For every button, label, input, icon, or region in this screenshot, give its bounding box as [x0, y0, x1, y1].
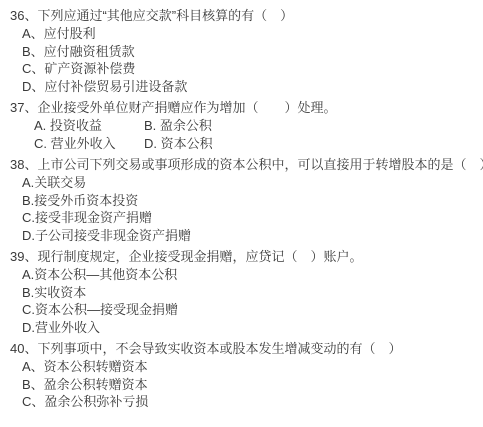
question-block-40: 40、下列事项中，不会导致实收资本或股本发生增减变动的有（ ） A、资本公积转赠… [10, 339, 479, 411]
question-40-options: A、资本公积转赠资本 B、盈余公积转赠资本 C、盈余公积弥补亏损 [10, 358, 479, 411]
question-40-option-a: A、资本公积转赠资本 [22, 358, 479, 376]
question-37-option-c: C. 营业外收入 [34, 135, 144, 153]
question-37-option-row-2: C. 营业外收入 D. 资本公积 [34, 135, 479, 153]
question-37-option-a: A. 投资收益 [34, 117, 144, 135]
question-39-option-a: A.资本公积—其他资本公积 [22, 266, 479, 284]
question-38-option-d: D.子公司接受非现金资产捐赠 [22, 227, 479, 245]
question-block-37: 37、企业接受外单位财产捐赠应作为增加（ ）处理。 A. 投资收益 B. 盈余公… [10, 98, 479, 152]
question-40-option-b: B、盈余公积转赠资本 [22, 376, 479, 394]
question-36-options: A、应付股利 B、应付融资租赁款 C、矿产资源补偿费 D、应付补偿贸易引进设备款 [10, 25, 479, 95]
question-37-option-row-1: A. 投资收益 B. 盈余公积 [34, 117, 479, 135]
question-38-option-b: B.接受外币资本投资 [22, 192, 479, 210]
question-38-title: 38、上市公司下列交易或事项形成的资本公积中，可以直接用于转增股本的是（ ）。 [10, 155, 479, 174]
question-39-option-b: B.实收资本 [22, 284, 479, 302]
question-38-option-c: C.接受非现金资产捐赠 [22, 209, 479, 227]
question-block-39: 39、现行制度规定，企业接受现金捐赠，应贷记（ ）账户。 A.资本公积—其他资本… [10, 247, 479, 336]
question-37-options: A. 投资收益 B. 盈余公积 C. 营业外收入 D. 资本公积 [10, 117, 479, 152]
question-36-option-d: D、应付补偿贸易引进设备款 [22, 78, 479, 96]
question-36-option-b: B、应付融资租赁款 [22, 43, 479, 61]
question-38-options: A.关联交易 B.接受外币资本投资 C.接受非现金资产捐赠 D.子公司接受非现金… [10, 174, 479, 244]
question-40-title: 40、下列事项中，不会导致实收资本或股本发生增减变动的有（ ） [10, 339, 479, 358]
question-block-38: 38、上市公司下列交易或事项形成的资本公积中，可以直接用于转增股本的是（ ）。 … [10, 155, 479, 244]
question-39-options: A.资本公积—其他资本公积 B.实收资本 C.资本公积—接受现金捐赠 D.营业外… [10, 266, 479, 336]
question-40-option-c: C、盈余公积弥补亏损 [22, 393, 479, 411]
question-39-option-d: D.营业外收入 [22, 319, 479, 337]
question-37-option-b: B. 盈余公积 [144, 117, 212, 135]
question-block-36: 36、下列应通过“其他应交款”科目核算的有（ ） A、应付股利 B、应付融资租赁… [10, 6, 479, 95]
question-36-title: 36、下列应通过“其他应交款”科目核算的有（ ） [10, 6, 479, 25]
question-39-title: 39、现行制度规定，企业接受现金捐赠，应贷记（ ）账户。 [10, 247, 479, 266]
question-36-option-a: A、应付股利 [22, 25, 479, 43]
question-37-option-d: D. 资本公积 [144, 135, 213, 153]
question-39-option-c: C.资本公积—接受现金捐赠 [22, 301, 479, 319]
question-38-option-a: A.关联交易 [22, 174, 479, 192]
question-37-title: 37、企业接受外单位财产捐赠应作为增加（ ）处理。 [10, 98, 479, 117]
question-36-option-c: C、矿产资源补偿费 [22, 60, 479, 78]
exam-page: 36、下列应通过“其他应交款”科目核算的有（ ） A、应付股利 B、应付融资租赁… [0, 0, 483, 411]
